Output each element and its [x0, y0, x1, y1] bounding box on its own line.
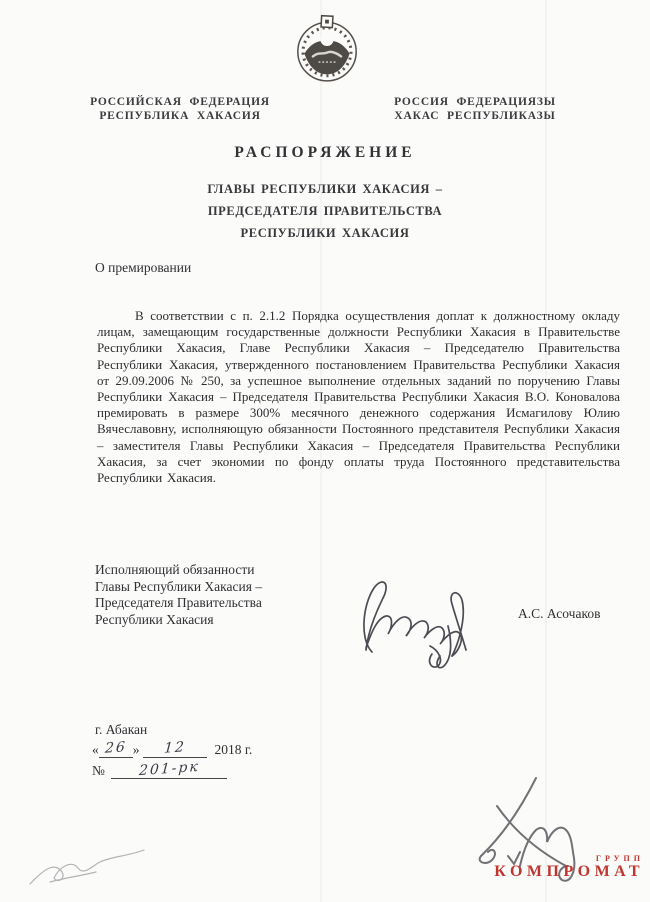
header-right-line1: РОССИЯ ФЕДЕРАЦИЯЗЫ [375, 95, 575, 109]
close-quote: » [133, 742, 140, 757]
subtitle-line2: ПРЕДСЕДАТЕЛЯ ПРАВИТЕЛЬСТВА [0, 200, 650, 222]
document-subtitle: ГЛАВЫ РЕСПУБЛИКИ ХАКАСИЯ – ПРЕДСЕДАТЕЛЯ … [0, 178, 650, 244]
number-blank: 201-рк [111, 763, 227, 779]
subtitle-line1: ГЛАВЫ РЕСПУБЛИКИ ХАКАСИЯ – [0, 178, 650, 200]
document-number-line: №201-рк [92, 763, 227, 779]
document-subject: О премировании [95, 260, 191, 276]
signatory-position-line2: Главы Республики Хакасия – [95, 579, 262, 596]
body-paragraph: В соответствии с п. 2.1.2 Порядка осущес… [97, 308, 620, 486]
signatory-position: Исполняющий обязанности Главы Республики… [95, 562, 262, 628]
handwritten-month: 12 [163, 739, 186, 757]
signatory-position-line1: Исполняющий обязанности [95, 562, 262, 579]
faint-signature-scrawl [20, 838, 155, 898]
header-right-line2: ХАКАС РЕСПУБЛИКАЗЫ [375, 109, 575, 123]
document-city: г. Абакан [95, 722, 147, 738]
handwritten-number: 201-рк [138, 759, 200, 779]
watermark-group-label: ГРУПП [484, 854, 644, 863]
header-left-ru: РОССИЙСКАЯ ФЕДЕРАЦИЯ РЕСПУБЛИКА ХАКАСИЯ [80, 95, 280, 123]
subtitle-line3: РЕСПУБЛИКИ ХАКАСИЯ [0, 222, 650, 244]
header-left-line2: РЕСПУБЛИКА ХАКАСИЯ [80, 109, 280, 123]
scanned-document-page: РОССИЙСКАЯ ФЕДЕРАЦИЯ РЕСПУБЛИКА ХАКАСИЯ … [0, 0, 650, 902]
signature-asochakov [348, 560, 483, 670]
document-year: 2018 г. [215, 742, 253, 757]
signatory-position-line4: Республики Хакасия [95, 612, 262, 629]
watermark-name-label: КОМПРОМАТ [484, 863, 644, 881]
header-left-line1: РОССИЙСКАЯ ФЕДЕРАЦИЯ [80, 95, 280, 109]
date-month-blank: 12 [143, 742, 207, 758]
signatory-position-line3: Председателя Правительства [95, 595, 262, 612]
signatory-name: А.С. Асочаков [518, 606, 600, 622]
handwritten-day: 26 [104, 739, 127, 757]
document-title: РАСПОРЯЖЕНИЕ [0, 144, 650, 162]
date-day-blank: 26 [99, 742, 133, 758]
number-sign: № [92, 763, 105, 778]
kompromat-watermark: ГРУПП КОМПРОМАТ [484, 854, 644, 881]
khakassia-coat-of-arms-icon [295, 10, 359, 84]
document-date-line: «26»122018 г. [92, 742, 252, 758]
open-quote: « [92, 742, 99, 757]
header-right-khakas: РОССИЯ ФЕДЕРАЦИЯЗЫ ХАКАС РЕСПУБЛИКАЗЫ [375, 95, 575, 123]
